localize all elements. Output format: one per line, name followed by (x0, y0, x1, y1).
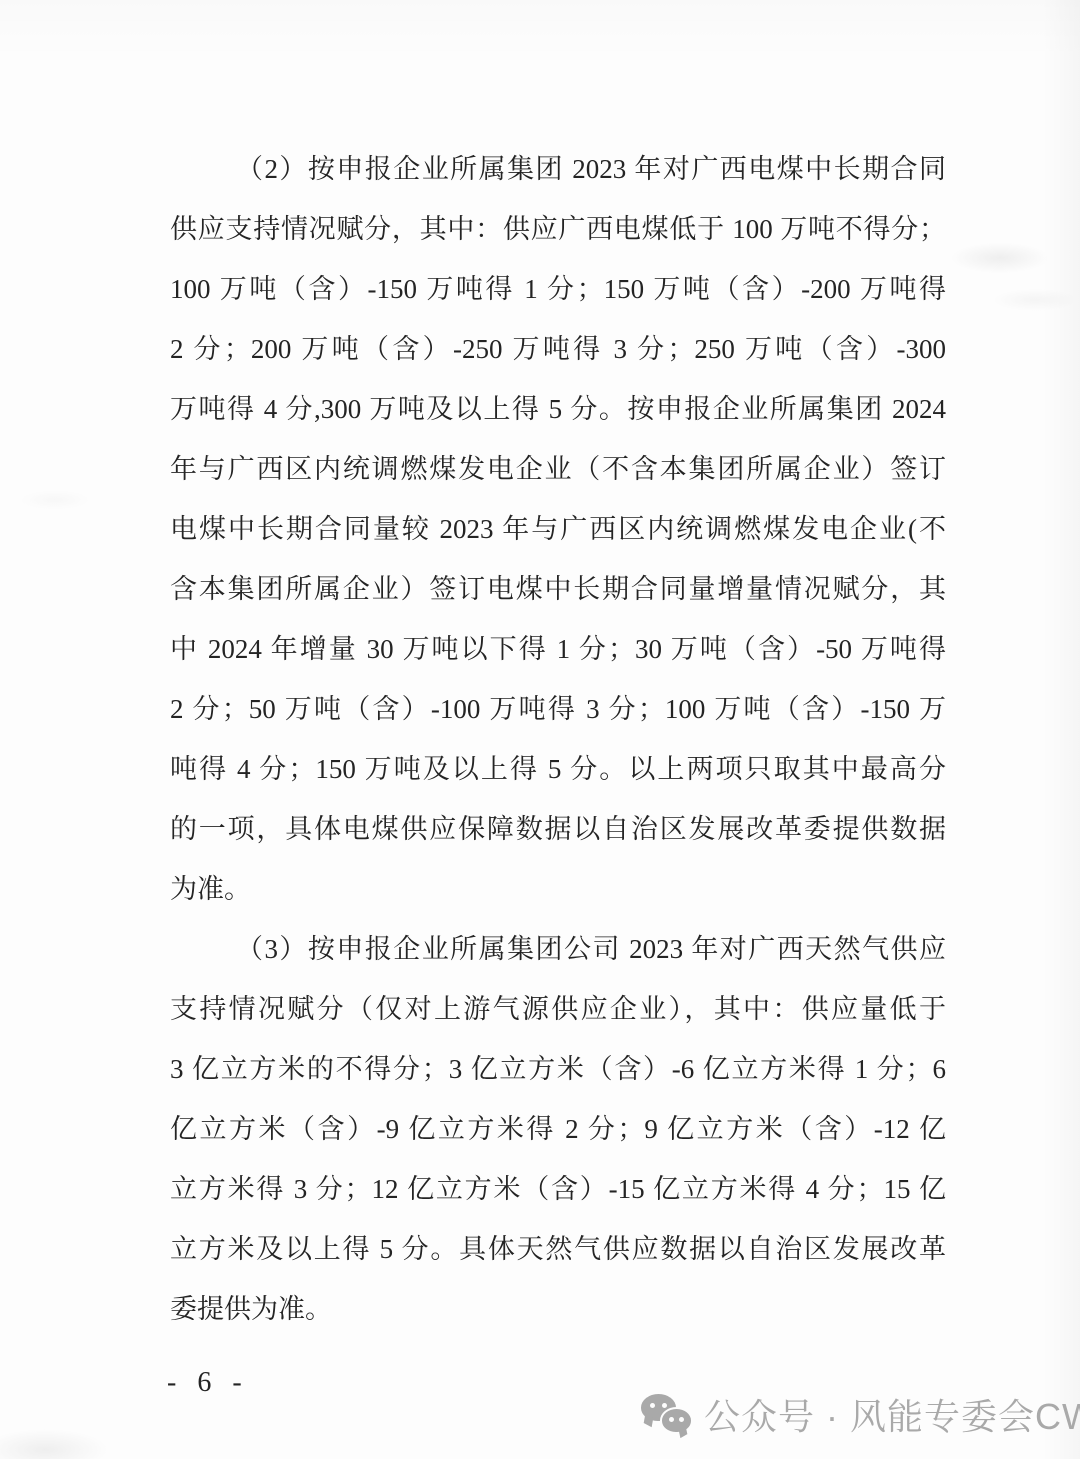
text-line: 2 分；50 万吨（含）-100 万吨得 3 分；100 万吨（含）-150 万 (170, 679, 946, 739)
text-line: 的一项，具体电煤供应保障数据以自治区发展改革委提供数据 (170, 799, 946, 859)
text-line: 供应支持情况赋分，其中：供应广西电煤低于 100 万吨不得分； (170, 199, 946, 259)
text-line: 中 2024 年增量 30 万吨以下得 1 分；30 万吨（含）-50 万吨得 (170, 619, 946, 679)
watermark-label: 公众号 · 风能专委会CWEA (704, 1389, 1080, 1440)
text-line: 立方米及以上得 5 分。具体天然气供应数据以自治区发展改革 (170, 1219, 946, 1279)
text-line: （3）按申报企业所属集团公司 2023 年对广西天然气供应 (170, 919, 946, 979)
text-line: 万吨得 4 分,300 万吨及以上得 5 分。按申报企业所属集团 2024 (170, 379, 946, 439)
text-line: 立方米得 3 分；12 亿立方米（含）-15 亿立方米得 4 分；15 亿 (170, 1159, 946, 1219)
text-line: 为准。 (170, 859, 946, 919)
text-line: 含本集团所属企业）签订电煤中长期合同量增量情况赋分，其 (170, 559, 946, 619)
text-line: 100 万吨（含）-150 万吨得 1 分；150 万吨（含）-200 万吨得 (170, 259, 946, 319)
text-line: （2）按申报企业所属集团 2023 年对广西电煤中长期合同 (170, 139, 946, 199)
text-line: 电煤中长期合同量较 2023 年与广西区内统调燃煤发电企业(不 (170, 499, 946, 559)
document-body: （2）按申报企业所属集团 2023 年对广西电煤中长期合同供应支持情况赋分，其中… (0, 0, 1080, 1459)
text-line: 亿立方米（含）-9 亿立方米得 2 分；9 亿立方米（含）-12 亿 (170, 1099, 946, 1159)
text-line: 吨得 4 分；150 万吨及以上得 5 分。以上两项只取其中最高分 (170, 739, 946, 799)
text-line: 3 亿立方米的不得分；3 亿立方米（含）-6 亿立方米得 1 分；6 (170, 1039, 946, 1099)
watermark: 公众号 · 风能专委会CWEA (641, 1390, 1080, 1438)
text-line: 年与广西区内统调燃煤发电企业（不含本集团所属企业）签订 (170, 439, 946, 499)
text-line: 委提供为准。 (170, 1279, 946, 1339)
document-page: （2）按申报企业所属集团 2023 年对广西电煤中长期合同供应支持情况赋分，其中… (0, 0, 1080, 1459)
page-number: - 6 - (167, 1366, 249, 1400)
text-line: 2 分；200 万吨（含）-250 万吨得 3 分；250 万吨（含）-300 (170, 319, 946, 379)
wechat-bubble-small (660, 1407, 693, 1434)
wechat-icon (641, 1392, 695, 1436)
text-line: 支持情况赋分（仅对上游气源供应企业），其中：供应量低于 (170, 979, 946, 1039)
